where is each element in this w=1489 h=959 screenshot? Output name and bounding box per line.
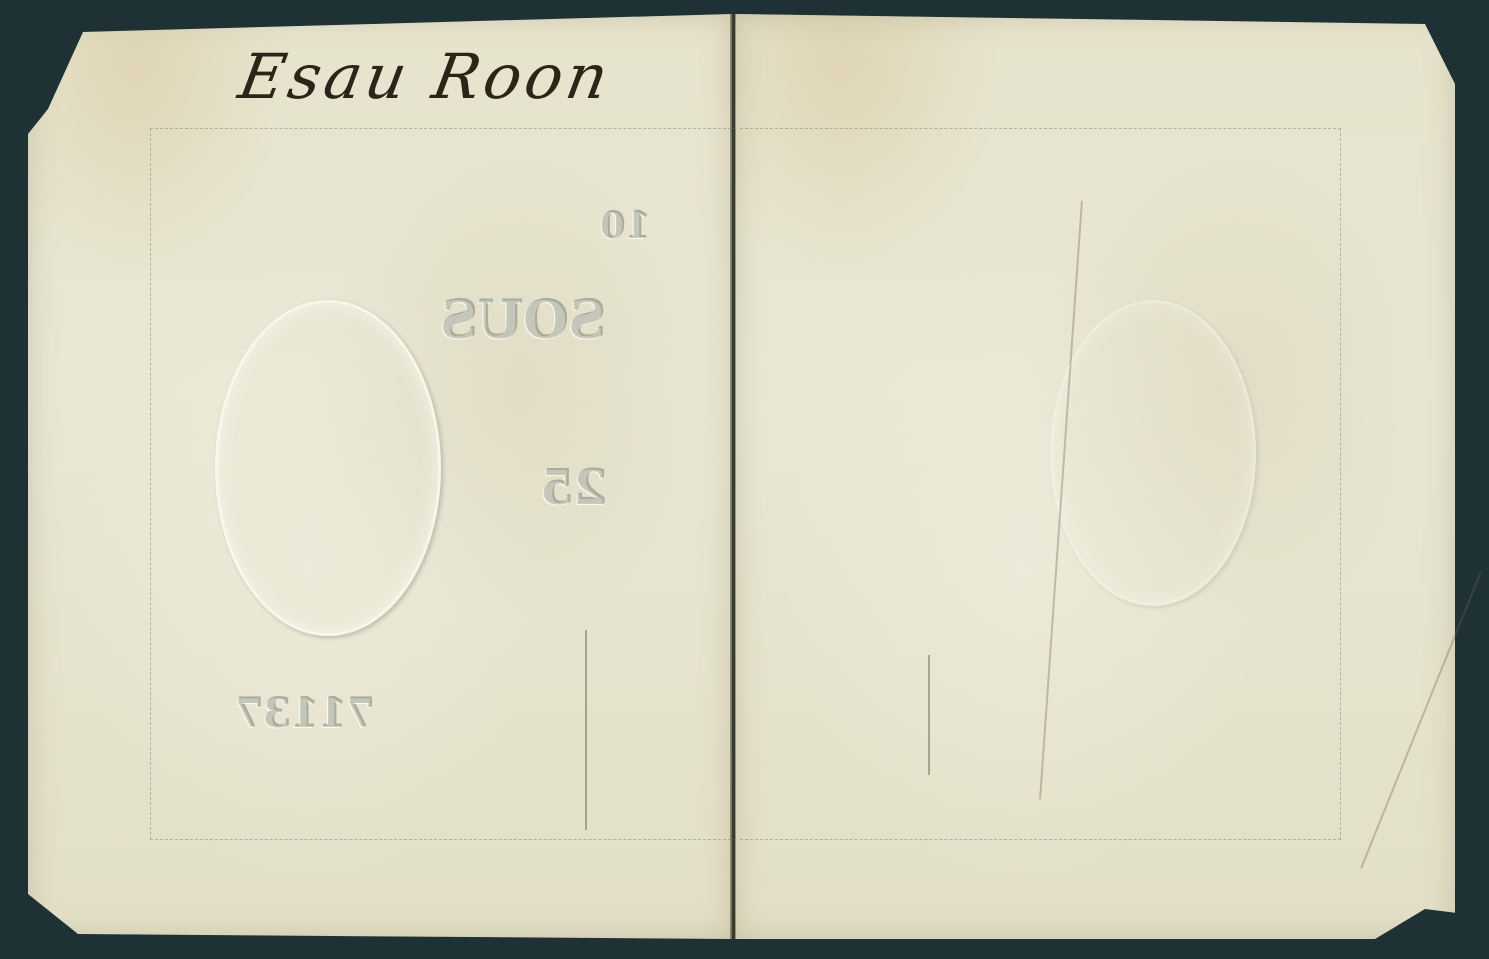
embossed-text-number: 25 bbox=[540, 460, 607, 516]
embossed-portrait-oval bbox=[215, 300, 441, 636]
embossed-seal-right bbox=[1050, 300, 1256, 606]
banknote-photo: Esau Roon SOUS 10 25 71137 bbox=[0, 0, 1489, 959]
signature-line-right bbox=[928, 655, 930, 775]
signature-line-left bbox=[585, 630, 587, 830]
handwritten-inscription: Esau Roon bbox=[234, 40, 618, 113]
embossed-text-value: 10 bbox=[600, 205, 650, 247]
embossed-serial: 71137 bbox=[235, 690, 374, 737]
embossed-text-sous: SOUS bbox=[440, 290, 606, 351]
